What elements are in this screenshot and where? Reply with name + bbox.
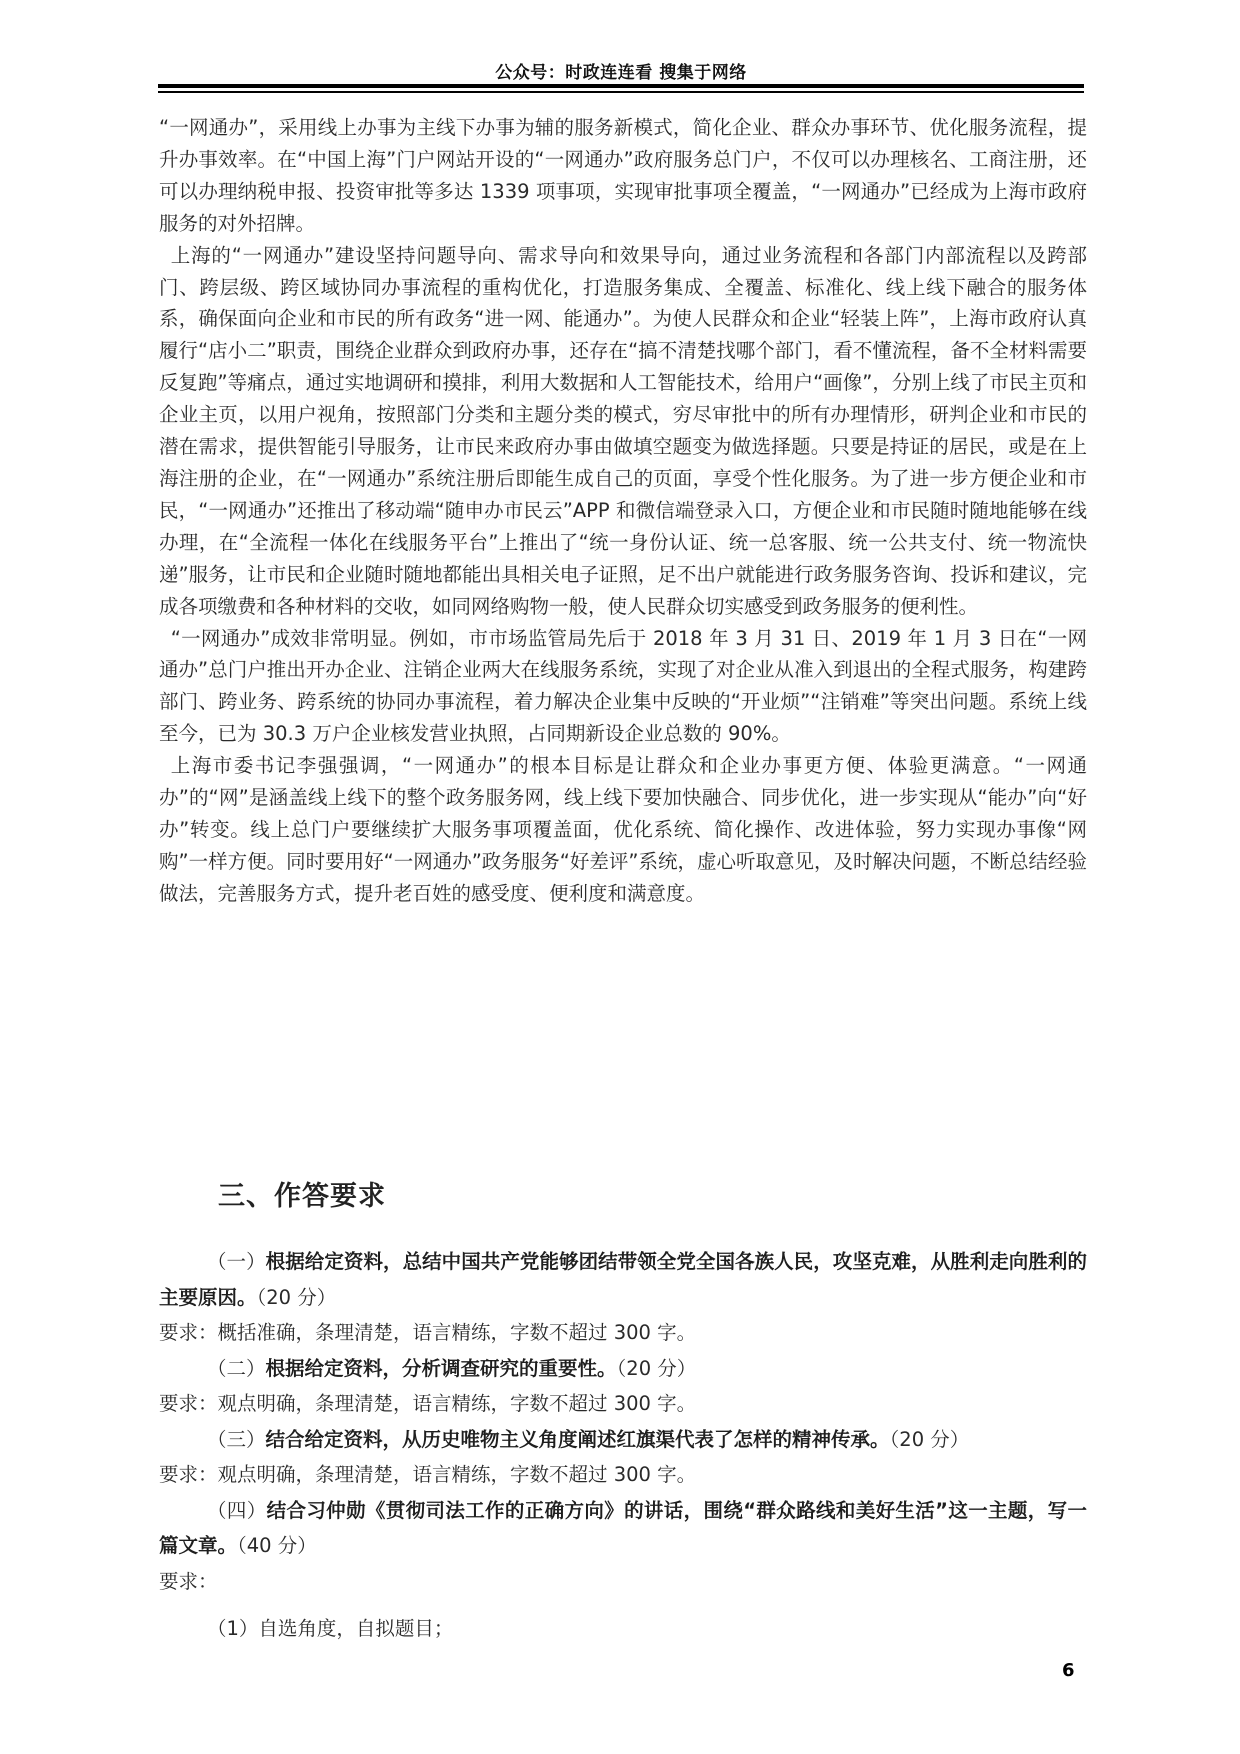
paragraph: 上海的“一网通办”建设坚持问题导向、需求导向和效果导向，通过业务流程和各部门内部… xyxy=(159,240,1087,623)
sub-requirement: （1）自选角度，自拟题目； xyxy=(159,1611,1087,1647)
question-requirement: 要求： xyxy=(159,1564,1087,1600)
question-number: （四） xyxy=(207,1499,267,1522)
question-list: （一）根据给定资料，总结中国共产党能够团结带领全党全国各族人民，攻坚克难，从胜利… xyxy=(159,1244,1087,1647)
paragraph: “一网通办”成效非常明显。例如，市市场监管局先后于 2018 年 3 月 31 … xyxy=(159,623,1087,751)
question-number: （三） xyxy=(207,1428,266,1451)
question-score: （40 分） xyxy=(237,1534,317,1557)
section-heading: 三、作答要求 xyxy=(218,1174,386,1213)
question-1: （一）根据给定资料，总结中国共产党能够团结带领全党全国各族人民，攻坚克难，从胜利… xyxy=(159,1244,1087,1315)
page-number: 6 xyxy=(1062,1660,1075,1681)
question-3: （三）结合给定资料，从历史唯物主义角度阐述红旗渠代表了怎样的精神传承。（20 分… xyxy=(159,1422,1087,1458)
question-requirement: 要求：观点明确，条理清楚，语言精练，字数不超过 300 字。 xyxy=(159,1457,1087,1493)
question-4: （四）结合习仲勋《贯彻司法工作的正确方向》的讲话，围绕“群众路线和美好生活”这一… xyxy=(159,1493,1087,1564)
header-rule-thick xyxy=(158,84,1084,88)
question-score: （20 分） xyxy=(617,1357,697,1380)
question-2: （二）根据给定资料，分析调查研究的重要性。（20 分） xyxy=(159,1351,1087,1387)
question-number: （一） xyxy=(207,1250,266,1273)
question-requirement: 要求：观点明确，条理清楚，语言精练，字数不超过 300 字。 xyxy=(159,1386,1087,1422)
header-rule-thin xyxy=(158,91,1084,93)
question-number: （二） xyxy=(207,1357,266,1380)
question-stem: 根据给定资料，分析调查研究的重要性。 xyxy=(266,1357,617,1380)
material-body: “一网通办”，采用线上办事为主线下办事为辅的服务新模式，简化企业、群众办事环节、… xyxy=(159,112,1087,910)
question-score: （20 分） xyxy=(257,1286,337,1309)
question-requirement: 要求：概括准确，条理清楚，语言精练，字数不超过 300 字。 xyxy=(159,1315,1087,1351)
paragraph: “一网通办”，采用线上办事为主线下办事为辅的服务新模式，简化企业、群众办事环节、… xyxy=(159,112,1087,240)
question-score: （20 分） xyxy=(890,1428,970,1451)
paragraph: 上海市委书记李强强调，“一网通办”的根本目标是让群众和企业办事更方便、体验更满意… xyxy=(159,750,1087,910)
question-stem: 结合给定资料，从历史唯物主义角度阐述红旗渠代表了怎样的精神传承。 xyxy=(266,1428,890,1451)
page-header: 公众号：时政连连看 搜集于网络 xyxy=(158,58,1084,83)
